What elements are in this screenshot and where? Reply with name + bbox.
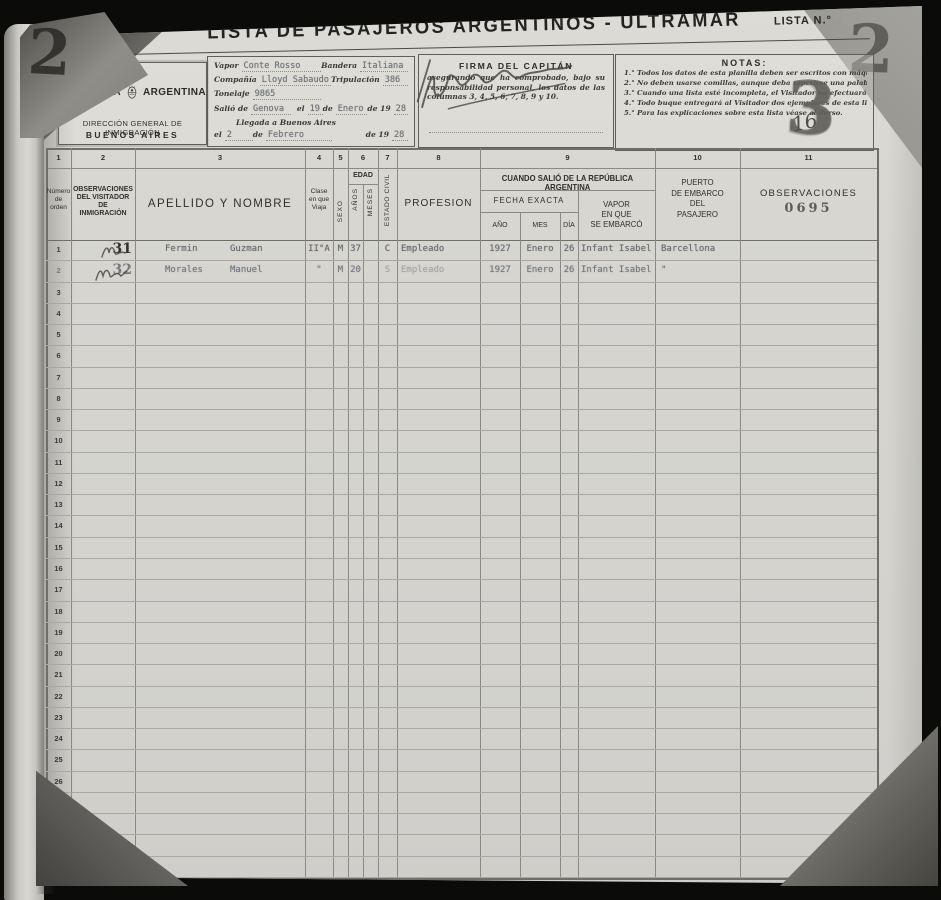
cell-prof: Empleado bbox=[401, 240, 481, 260]
header-vapor-embarco: VAPOREN QUESE EMBARCÓ bbox=[578, 200, 655, 230]
cell-n: 8 bbox=[46, 389, 71, 409]
cell-puerto: " bbox=[661, 261, 741, 281]
cell-n: 24 bbox=[46, 729, 71, 749]
el-label: el bbox=[297, 104, 305, 113]
table-row: 26 bbox=[46, 772, 877, 793]
header-profesion: PROFESION bbox=[397, 198, 480, 209]
pen-mark-row1 bbox=[100, 244, 132, 260]
salio-mes: Enero bbox=[336, 104, 368, 115]
col-number: 5 bbox=[333, 148, 348, 168]
stamp-0695: 0695 bbox=[740, 201, 877, 216]
table-row: 131FerminGuzmanII°AM37CEmpleado1927Enero… bbox=[46, 240, 877, 261]
cell-name2: Guzman bbox=[230, 240, 306, 260]
table-row: 7 bbox=[46, 368, 877, 389]
table-row: 5 bbox=[46, 325, 877, 346]
passenger-list-page: 2 LISTA DE PASAJEROS ARGENTINOS - ULTRAM… bbox=[44, 6, 922, 884]
header-observaciones-visitador: OBSERVACIONESDEL VISITADOR DEINMIGRACIÓN bbox=[71, 186, 135, 218]
col-number: 1 bbox=[46, 148, 71, 168]
cell-sexo: M bbox=[333, 261, 348, 281]
table-right-border bbox=[877, 148, 879, 878]
header-sexo: SEXO bbox=[333, 176, 348, 238]
table-row: 25 bbox=[46, 750, 877, 771]
lista-number: LISTA N.°2 bbox=[774, 14, 844, 28]
col-number: 8 bbox=[397, 148, 480, 168]
table-row: 232MoralesManuel"M20SEmpleado1927Enero26… bbox=[46, 261, 877, 282]
header-edad: EDAD bbox=[348, 172, 378, 179]
vapor-label: Vapor bbox=[214, 61, 239, 70]
lleg-el-label: el bbox=[214, 130, 222, 139]
compania-label: Compañía bbox=[214, 75, 257, 84]
colnum-row-divider bbox=[46, 168, 877, 169]
ship-info-box: Vapor Conte Rosso Bandera Italiana Compa… bbox=[207, 56, 415, 147]
llegada-ano: 28 bbox=[392, 130, 408, 141]
header-meses: MESES bbox=[363, 188, 378, 238]
table-row: 9 bbox=[46, 410, 877, 431]
cell-n: 6 bbox=[46, 346, 71, 366]
cell-n: 5 bbox=[46, 325, 71, 345]
table-row: 14 bbox=[46, 516, 877, 537]
agency-argentina: ARGENTINA bbox=[143, 87, 206, 98]
cell-dia: 26 bbox=[560, 261, 578, 281]
salio-label: Salió de bbox=[214, 104, 248, 113]
compania-value: Lloyd Sabaudo bbox=[260, 75, 331, 86]
col-number: 10 bbox=[655, 148, 740, 168]
salio-value: Genova bbox=[251, 104, 291, 115]
cell-anos: 37 bbox=[348, 240, 363, 260]
bandera-label: Bandera bbox=[321, 61, 357, 70]
table-row: 11 bbox=[46, 453, 877, 474]
salio-dia: 19 bbox=[308, 104, 323, 115]
tripulacion-label: Tripulación bbox=[331, 75, 380, 84]
table-row: 21 bbox=[46, 665, 877, 686]
table-row: 16 bbox=[46, 559, 877, 580]
cell-n: 13 bbox=[46, 495, 71, 515]
cell-n: 25 bbox=[46, 750, 71, 770]
table-row: 4 bbox=[46, 304, 877, 325]
cell-clase: II°A bbox=[305, 240, 333, 260]
table-row: 10 bbox=[46, 431, 877, 452]
cell-n: 2 bbox=[46, 261, 71, 281]
lleg-de-label: de bbox=[253, 130, 263, 139]
de19-label: de 19 bbox=[367, 104, 390, 113]
cell-prof: Empleado bbox=[401, 261, 481, 281]
cell-n: 3 bbox=[46, 283, 71, 303]
header-mes: MES bbox=[520, 222, 560, 229]
page-numeral-left: 2 bbox=[26, 15, 73, 90]
cell-mes: Enero bbox=[520, 261, 560, 281]
table-row: 13 bbox=[46, 495, 877, 516]
header-estado-civil: ESTADO CIVIL bbox=[378, 174, 397, 238]
llegada-label: Llegada a Buenos Aires bbox=[236, 118, 336, 127]
table-row: 22 bbox=[46, 687, 877, 708]
salio-ano: 28 bbox=[394, 104, 408, 115]
cell-estado: C bbox=[378, 240, 397, 260]
cell-anos: 20 bbox=[348, 261, 363, 281]
table-row: 6 bbox=[46, 346, 877, 367]
header-dia: DÍA bbox=[560, 222, 578, 229]
cell-name1: Fermin bbox=[165, 240, 231, 260]
header-cuando-salio: CUANDO SALIÓ DE LA REPÚBLICA ARGENTINA bbox=[487, 174, 648, 192]
cell-name2: Manuel bbox=[230, 261, 306, 281]
table-row: 24 bbox=[46, 729, 877, 750]
bandera-value: Italiana bbox=[360, 61, 408, 72]
header-observaciones: OBSERVACIONES bbox=[740, 188, 877, 199]
header-ano: AÑO bbox=[480, 222, 520, 229]
cell-n: 17 bbox=[46, 580, 71, 600]
table-row: 17 bbox=[46, 580, 877, 601]
table-row: 15 bbox=[46, 538, 877, 559]
llegada-mes: Febrero bbox=[266, 130, 332, 141]
cell-n: 16 bbox=[46, 559, 71, 579]
cell-n: 4 bbox=[46, 304, 71, 324]
table-row: 8 bbox=[46, 389, 877, 410]
col-number: 4 bbox=[305, 148, 333, 168]
lista-number-label: LISTA N.° bbox=[774, 14, 832, 27]
cell-puerto: Barcellona bbox=[661, 240, 741, 260]
cell-n: 14 bbox=[46, 516, 71, 536]
table-row: 28 bbox=[46, 814, 877, 835]
vapor-value: Conte Rosso bbox=[242, 61, 322, 72]
cell-sexo: M bbox=[333, 240, 348, 260]
de-label: de bbox=[323, 104, 333, 113]
signature-line bbox=[429, 132, 603, 133]
col-number: 6 bbox=[348, 148, 378, 168]
header-puerto-embarco: PUERTODE EMBARCODELPASAJERO bbox=[655, 178, 740, 220]
cell-vapor: Infant Isabel bbox=[581, 261, 659, 281]
cell-ano: 1927 bbox=[480, 261, 520, 281]
cell-dia: 26 bbox=[560, 240, 578, 260]
col-number: 2 bbox=[71, 148, 135, 168]
cell-n: 1 bbox=[46, 240, 71, 260]
cell-ano: 1927 bbox=[480, 240, 520, 260]
cell-n: 15 bbox=[46, 538, 71, 558]
header-anos: AÑOS bbox=[348, 188, 363, 238]
header-numero: Númerodeorden bbox=[46, 188, 71, 212]
header-apellido-nombre: APELLIDO Y NOMBRE bbox=[135, 198, 305, 210]
cell-n: 12 bbox=[46, 474, 71, 494]
tonelaje-label: Tonelaje bbox=[214, 89, 250, 98]
header-fecha-exacta: FECHA EXACTA bbox=[480, 196, 578, 205]
table-row: 20 bbox=[46, 644, 877, 665]
cell-n: 11 bbox=[46, 453, 71, 473]
cell-mes: Enero bbox=[520, 240, 560, 260]
col-number: 7 bbox=[378, 148, 397, 168]
header-clase: Claseen queViaja bbox=[305, 188, 333, 212]
tripulacion-value: 386 bbox=[383, 75, 408, 86]
fecha-exacta-divider bbox=[480, 212, 578, 213]
cell-n: 9 bbox=[46, 410, 71, 430]
col-number: 3 bbox=[135, 148, 305, 168]
cell-n: 18 bbox=[46, 602, 71, 622]
table-row: 27 bbox=[46, 793, 877, 814]
table-row: 3 bbox=[46, 283, 877, 304]
table-row: 29 bbox=[46, 835, 877, 856]
cell-n: 23 bbox=[46, 708, 71, 728]
llegada-dia: 2 bbox=[225, 130, 253, 141]
scanned-passenger-list-photo: 2 LISTA DE PASAJEROS ARGENTINOS - ULTRAM… bbox=[0, 0, 941, 900]
lista-number-value: 2 bbox=[837, 14, 844, 26]
lleg-de19-label: de 19 bbox=[366, 130, 389, 139]
cell-n: 22 bbox=[46, 687, 71, 707]
cell-n: 19 bbox=[46, 623, 71, 643]
tonelaje-value: 9865 bbox=[253, 89, 321, 100]
cell-name1: Morales bbox=[165, 261, 231, 281]
cell-clase: " bbox=[305, 261, 333, 281]
pen-mark-row2 bbox=[94, 266, 130, 282]
table-body: 131FerminGuzmanII°AM37CEmpleado1927Enero… bbox=[46, 240, 877, 878]
col-number: 11 bbox=[740, 148, 877, 168]
agency-ciudad: BUENOS AIRES bbox=[59, 130, 206, 140]
table-row: 23 bbox=[46, 708, 877, 729]
cell-n: 21 bbox=[46, 665, 71, 685]
table-row: 19 bbox=[46, 623, 877, 644]
cell-n: 7 bbox=[46, 368, 71, 388]
table-row: 12 bbox=[46, 474, 877, 495]
table-row: 18 bbox=[46, 602, 877, 623]
cell-estado: S bbox=[378, 261, 397, 281]
cell-n: 10 bbox=[46, 431, 71, 451]
cell-vapor: Infant Isabel bbox=[581, 240, 659, 260]
cell-n: 20 bbox=[46, 644, 71, 664]
col-number: 9 bbox=[480, 148, 655, 168]
